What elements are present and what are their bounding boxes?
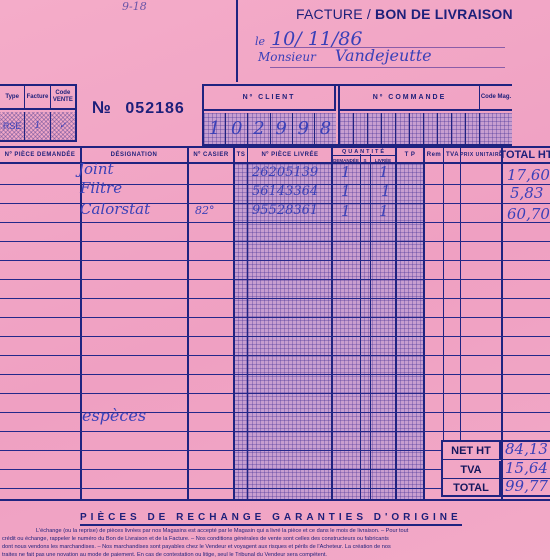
row-line <box>0 298 550 299</box>
row2-qty-demandee: 1 <box>341 182 351 200</box>
col-tp: T P <box>396 148 424 162</box>
footer-line: dont nous vendons les marchandises. – No… <box>2 543 550 551</box>
quantite-header: QUANTITÉ <box>332 148 396 156</box>
footer-title: PIÈCES DE RECHANGE GARANTIES D'ORIGINE <box>80 512 462 526</box>
col-prix-unitaire: PRIX UNITAIRE <box>461 148 502 162</box>
client-number-header: Nº CLIENT <box>204 86 336 111</box>
client-digit: 8 <box>315 113 336 144</box>
order-cell <box>438 113 452 144</box>
col-divider <box>443 146 444 440</box>
col-divider <box>331 146 333 500</box>
row1-total-ht: 17,60 <box>507 166 550 184</box>
row3-piece-livree: 95528361 <box>252 203 318 218</box>
order-number-cells <box>340 113 480 144</box>
row-line <box>0 260 550 261</box>
client-digit: 9 <box>293 113 315 144</box>
type-value: RSE <box>0 112 25 140</box>
top-scribble: 9-18 <box>122 0 147 13</box>
type-header: Type <box>0 86 25 108</box>
col-rem: Rem <box>424 148 444 162</box>
code-mag-header: Code Mag. <box>480 86 512 111</box>
row2-piece-livree: 56143364 <box>252 184 318 199</box>
order-cell <box>466 113 480 144</box>
total-label: TOTAL <box>443 479 501 497</box>
col-divider <box>187 146 189 500</box>
row-line <box>0 317 550 318</box>
row-line <box>0 469 441 470</box>
facture-header: Facture <box>25 86 50 108</box>
row3-total-ht: 60,70 <box>507 205 550 223</box>
footer-line: crédit ou échange, rappeler le numéro du… <box>2 535 550 543</box>
row-line <box>0 488 441 489</box>
order-cell <box>340 113 354 144</box>
col-divider <box>460 146 461 440</box>
net-ht-row: NET HT 84,13 <box>443 442 550 460</box>
footer-line: traites ne fait pas une novation au mode… <box>2 551 550 559</box>
col-ts: TS <box>234 148 248 162</box>
col-piece-demandee: Nº PIÈCE DEMANDÉE <box>0 148 80 162</box>
col-divider <box>423 146 425 500</box>
row1-piece-livree: 26205139 <box>252 165 318 180</box>
row3-casier: 82° <box>195 204 215 217</box>
client-underline <box>270 67 505 68</box>
tva-label: TVA <box>443 461 501 478</box>
row3-designation: Calorstat <box>80 200 150 218</box>
row2-qty-livree: 1 <box>381 182 391 200</box>
col-divider <box>360 154 361 500</box>
col-tva: TVA <box>444 148 461 162</box>
col-divider <box>247 146 248 500</box>
type-facture-box: Type Facture Code VENTE RSE 1 ✓ <box>0 84 77 142</box>
row1-designation: Joint <box>78 160 114 178</box>
order-cell <box>410 113 424 144</box>
row-line <box>0 241 550 242</box>
col-quantite-s: S <box>360 156 370 164</box>
order-number-header: Nº COMMANDE <box>340 86 480 111</box>
row-line <box>0 431 550 432</box>
order-cell <box>368 113 382 144</box>
col-divider <box>370 154 371 500</box>
col-piece-livree: Nº PIÈCE LIVRÉE <box>248 148 332 162</box>
row-line <box>0 279 550 280</box>
col-casier: Nº CASIER <box>188 148 234 162</box>
client-salutation: Monsieur <box>258 50 316 64</box>
client-digit: 0 <box>226 113 248 144</box>
row-line <box>0 355 550 356</box>
facture-value: 1 <box>25 112 50 140</box>
footer-line: L'échange (ou la reprise) de pièces livr… <box>2 527 550 535</box>
code-vente-header: Code VENTE <box>51 86 75 108</box>
row2-total-ht: 5,83 <box>510 184 543 202</box>
code-mag-cell <box>480 113 512 144</box>
totals-box: NET HT 84,13 TVA 15,64 TOTAL 99,77 <box>441 440 550 497</box>
row3-qty-demandee: 1 <box>341 202 351 220</box>
row-line <box>0 450 441 451</box>
row-line <box>0 222 550 223</box>
number-sign: № <box>92 98 112 117</box>
table-bottom-border <box>0 499 550 501</box>
order-cell <box>382 113 396 144</box>
col-total-ht: TOTAL HT <box>502 148 550 162</box>
col-divider <box>395 146 397 500</box>
client-digit: 1 <box>204 113 226 144</box>
header-divider <box>236 0 238 82</box>
row2-designation: Filtre <box>80 179 122 197</box>
client-digit: 2 <box>248 113 270 144</box>
order-cell <box>354 113 368 144</box>
col-divider <box>233 146 235 500</box>
footer-conditions: L'échange (ou la reprise) de pièces livr… <box>0 527 550 559</box>
invoice-document: 9-18 FACTURE / BON DE LIVRAISON le 10/ 1… <box>0 0 550 560</box>
row-line <box>0 393 550 394</box>
row-line <box>0 336 550 337</box>
order-cell <box>424 113 438 144</box>
order-cell <box>396 113 410 144</box>
client-name-field: Monsieur Vandejeutte <box>258 46 432 65</box>
payment-method-note: espèces <box>82 406 146 425</box>
row-line <box>0 374 550 375</box>
total-value: 99,77 <box>505 477 546 497</box>
code-vente-value: ✓ <box>51 112 75 140</box>
total-row: TOTAL 99,77 <box>443 479 550 497</box>
row1-qty-demandee: 1 <box>341 163 351 181</box>
client-number-digits: 1 0 2 9 9 8 <box>204 113 336 144</box>
document-title: FACTURE / BON DE LIVRAISON <box>296 6 513 22</box>
invoice-number-value: 052186 <box>125 100 184 117</box>
net-ht-value: 84,13 <box>505 440 546 459</box>
row3-qty-livree: 1 <box>379 202 389 220</box>
title-facture: FACTURE / <box>296 6 371 22</box>
invoice-number: № 052186 <box>92 98 185 118</box>
client-digit: 9 <box>271 113 293 144</box>
client-name: Vandejeutte <box>335 46 432 65</box>
tva-value: 15,64 <box>505 459 546 478</box>
title-bon-de-livraison: BON DE LIVRAISON <box>375 6 513 22</box>
col-quantite: QUANTITÉ DEMANDÉE S LIVRÉE <box>332 148 396 162</box>
net-ht-label: NET HT <box>443 442 501 459</box>
client-order-block: Nº CLIENT Nº COMMANDE Code Mag. 1 0 2 9 … <box>202 84 512 146</box>
order-cell <box>452 113 466 144</box>
row1-qty-livree: 1 <box>379 163 389 181</box>
